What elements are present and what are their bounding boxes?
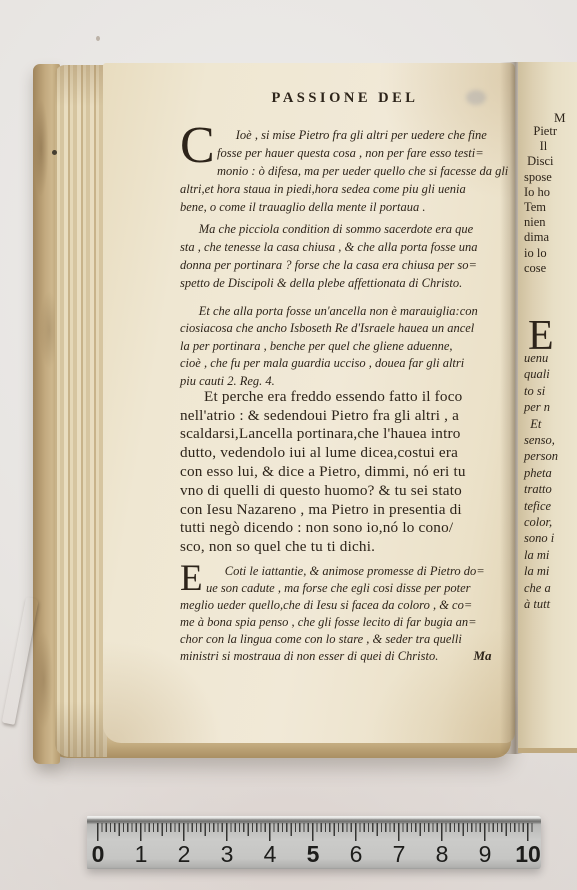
fore-edge-page-stack bbox=[55, 65, 107, 757]
photo-scene: PASSIONE DEL CIoè , si mise Pietro fra g… bbox=[0, 0, 577, 890]
running-title: PASSIONE DEL bbox=[180, 90, 510, 107]
right-dropcap-letter: E bbox=[528, 318, 554, 354]
ruler-cm-ticks bbox=[97, 823, 534, 841]
dropcap-letter: C bbox=[180, 127, 212, 163]
left-page: PASSIONE DEL CIoè , si mise Pietro fra g… bbox=[103, 63, 515, 743]
paragraph-4: Et perche era freddo essendo fatto il fo… bbox=[180, 369, 514, 576]
ink-spot bbox=[52, 150, 57, 155]
ruler-number: 2 bbox=[166, 841, 202, 868]
paragraph-text: Et perche era freddo essendo fatto il fo… bbox=[180, 388, 466, 555]
ruler-number: 0 bbox=[80, 841, 116, 868]
right-page: M Pietr Il Disci spose Io ho Tem nien di… bbox=[518, 62, 577, 753]
ruler-number: 3 bbox=[209, 841, 245, 868]
dropcap-letter: E bbox=[180, 564, 202, 592]
ruler-number: 1 bbox=[123, 841, 159, 868]
ruler-number: 5 bbox=[295, 841, 331, 868]
ruler-number: 10 bbox=[510, 841, 546, 868]
right-page-line-fragments-bottom: uenu quali to si per n Et senso, person … bbox=[524, 350, 558, 613]
paragraph-text: Ma che picciola condition di sommo sacer… bbox=[180, 222, 478, 290]
ruler-number: 4 bbox=[252, 841, 288, 868]
right-page-line-fragments-top: Pietr Il Disci spose Io ho Tem nien dima… bbox=[524, 124, 557, 276]
ruler-number: 6 bbox=[338, 841, 374, 868]
ruler-number: 9 bbox=[467, 841, 503, 868]
paragraph-text: Coti le iattantie, & animose promesse di… bbox=[180, 564, 485, 663]
ruler-number: 7 bbox=[381, 841, 417, 868]
faint-ink-smudge bbox=[466, 90, 486, 105]
ruler: 0 1 2 3 4 5 6 7 8 9 10 bbox=[87, 816, 541, 869]
wall-speck bbox=[96, 36, 100, 41]
ruler-number: 8 bbox=[424, 841, 460, 868]
